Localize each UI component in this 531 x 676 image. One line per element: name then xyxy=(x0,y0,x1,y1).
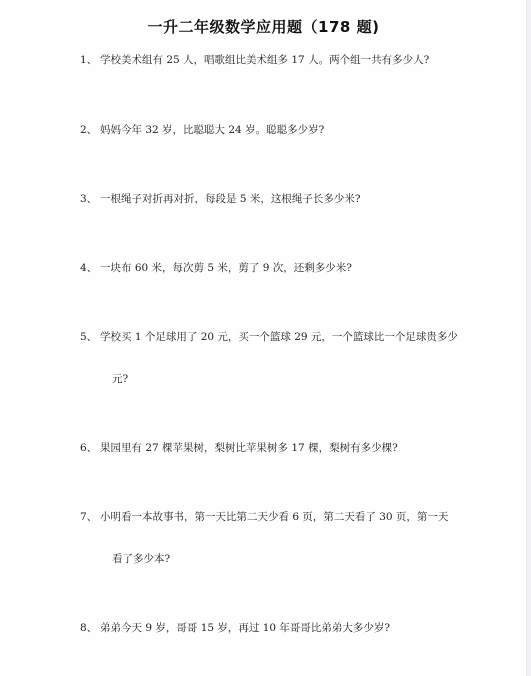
question-8: 8、弟弟今天 9 岁，哥哥 15 岁，再过 10 年哥哥比弟弟大多少岁? xyxy=(80,621,390,635)
question-text: 学校买 1 个足球用了 20 元，买一个篮球 29 元，一个篮球比一个足球贵多少 xyxy=(100,331,458,343)
question-6: 6、果园里有 27 棵苹果树，梨树比苹果树多 17 棵，梨树有多少棵? xyxy=(80,441,398,455)
question-number: 5、 xyxy=(80,330,100,344)
question-4: 4、一块布 60 米，每次剪 5 米，剪了 9 次，还剩多少米? xyxy=(80,261,352,275)
document-page: 一升二年级数学应用题（178 题) 1、学校美术组有 25 人，唱歌组比美术组多… xyxy=(0,0,527,676)
question-number: 8、 xyxy=(80,621,100,635)
question-1: 1、学校美术组有 25 人，唱歌组比美术组多 17 人。两个组一共有多少人? xyxy=(80,53,429,67)
question-number: 3、 xyxy=(80,192,100,206)
question-2: 2、妈妈今年 32 岁，比聪聪大 24 岁。聪聪多少岁? xyxy=(80,123,324,137)
question-text: 一块布 60 米，每次剪 5 米，剪了 9 次，还剩多少米? xyxy=(100,262,352,274)
page-edge-scrollbar[interactable] xyxy=(526,0,531,676)
question-text: 一根绳子对折再对折，每段是 5 米，这根绳子长多少米? xyxy=(100,193,360,205)
question-3: 3、一根绳子对折再对折，每段是 5 米，这根绳子长多少米? xyxy=(80,192,360,206)
question-text: 果园里有 27 棵苹果树，梨树比苹果树多 17 棵，梨树有多少棵? xyxy=(100,442,398,454)
question-7: 7、小明看一本故事书，第一天比第二天少看 6 页，第二天看了 30 页，第一天 xyxy=(80,510,448,524)
question-text: 学校美术组有 25 人，唱歌组比美术组多 17 人。两个组一共有多少人? xyxy=(100,54,429,66)
question-number: 6、 xyxy=(80,441,100,455)
question-text: 小明看一本故事书，第一天比第二天少看 6 页，第二天看了 30 页，第一天 xyxy=(100,511,448,523)
page-title: 一升二年级数学应用题（178 题) xyxy=(0,16,527,37)
question-text: 妈妈今年 32 岁，比聪聪大 24 岁。聪聪多少岁? xyxy=(100,124,324,136)
question-5: 5、学校买 1 个足球用了 20 元，买一个篮球 29 元，一个篮球比一个足球贵… xyxy=(80,330,458,344)
question-number: 4、 xyxy=(80,261,100,275)
question-number: 2、 xyxy=(80,123,100,137)
question-number: 1、 xyxy=(80,53,100,67)
question-7-continuation: 看了多少本? xyxy=(112,552,170,566)
question-text: 弟弟今天 9 岁，哥哥 15 岁，再过 10 年哥哥比弟弟大多少岁? xyxy=(100,622,390,634)
question-number: 7、 xyxy=(80,510,100,524)
question-5-continuation: 元? xyxy=(112,372,128,386)
